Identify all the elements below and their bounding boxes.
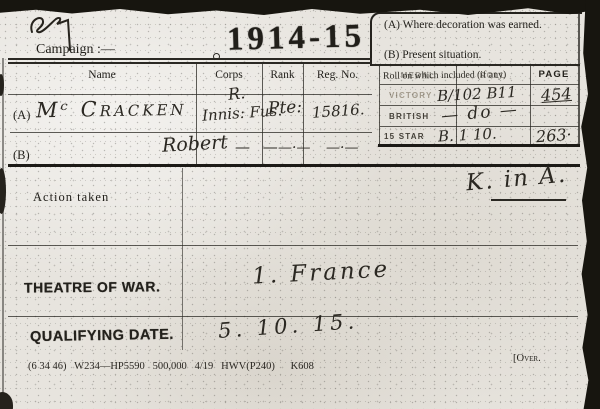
surname-handwriting: Mᶜ Cracken [36,96,187,123]
stamp-dot [213,53,220,60]
victory-page-handwriting: 454 [540,84,572,105]
medal-table-top-rule [372,64,580,66]
action-value-underline [491,199,566,201]
british-medal-label: BRITISH [389,112,429,121]
star-medal-label: 15 STAR [384,132,425,141]
printer-imprint: (6 34 46) W234—HP5590 500,000 4/19 HWV(P… [28,361,314,372]
victory-medal-label: VICTORY [389,91,433,100]
action-divider-rule [182,168,183,350]
note-a: (A) Where decoration was earned. [384,19,542,31]
header-underline [8,94,372,95]
star-page-handwriting: 263· [535,125,572,146]
page-col-header: PAGE [530,69,578,80]
rank-handwriting: Pte: [267,97,302,119]
scan-smudge-bottom-left [0,392,13,409]
corps-prefix-handwriting: R. [227,83,246,104]
qualifying-handwriting: 5. 10. 15. [217,309,359,343]
rank-dash: —·— [278,140,310,156]
header-corps: Corps [196,69,262,81]
medal-index-card: Campaign :— 1914-15 (A) Where decoration… [0,0,600,409]
forename-dash: — — [235,138,282,156]
row-a-label: (A) [13,108,30,123]
action-taken-label: Action taken [33,190,109,205]
header-rank: Rank [262,69,303,81]
theatre-handwriting: 1. France [251,256,390,289]
scan-smudge-left-mid [0,168,6,214]
reg-dash: —·— [326,140,358,156]
note-b: (B) Present situation. [384,49,481,61]
over-note: [Over. [513,353,541,364]
header-reg-no: Reg. No. [303,69,372,81]
star-roll-handwriting: B. 1 10. [438,124,498,145]
roll-overlay-header: Roll on which included (if any) [383,69,506,82]
theatre-top-rule [8,245,578,246]
qualifying-label: QUALIFYING DATE. [30,327,174,346]
theatre-label: THEATRE OF WAR. [24,278,160,295]
scan-edge-right [580,0,600,409]
table-top-rule-2 [8,62,372,64]
handwritten-mark [26,10,76,52]
forename-handwriting: Robert [161,131,228,156]
table-top-rule-1 [8,58,372,60]
row-b-label: (B) [13,148,30,163]
reg-no-handwriting: 15816. [311,100,365,122]
header-name: Name [8,69,196,81]
campaign-stamp: 1914-15 [227,18,366,59]
scan-left-edge-line [2,58,4,393]
section-heavy-rule [8,164,580,167]
